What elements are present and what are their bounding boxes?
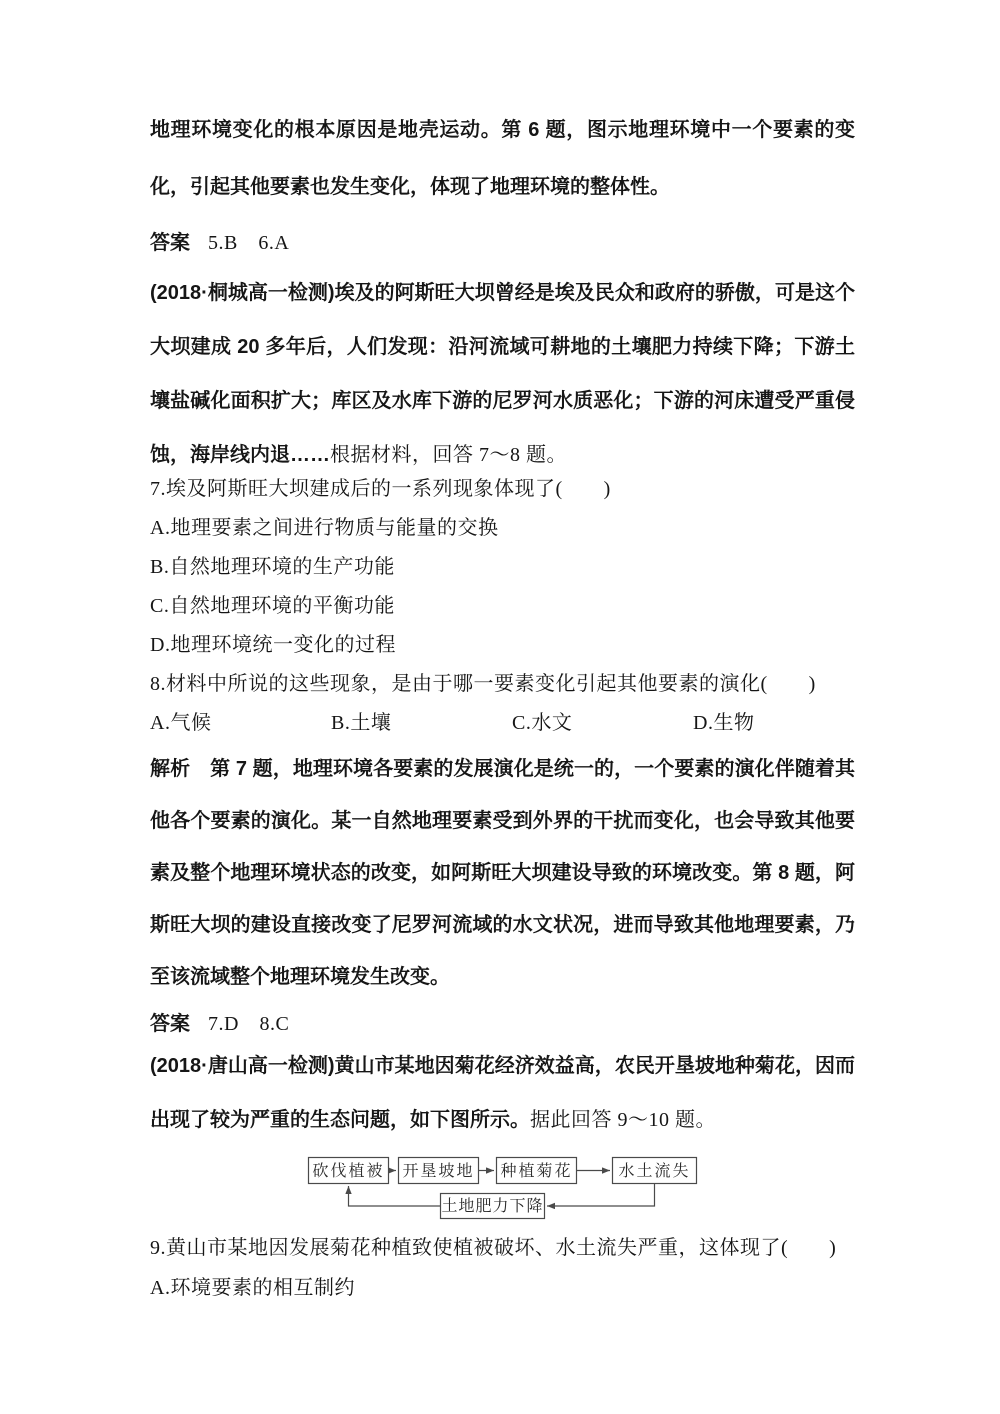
- flow-arrow-erosion-to-fertility: [547, 1184, 655, 1207]
- flow-box-reclaim-slope: 开垦坡地: [399, 1158, 479, 1184]
- question-8-options-row: A.气候 B.土壤 C.水文 D.生物: [150, 704, 855, 743]
- answer-label: 答案: [150, 232, 190, 254]
- svg-text:种植菊花: 种植菊花: [500, 1161, 572, 1180]
- material-main-text: (2018·唐山高一检测)黄山市某地因菊花经济效益高，农民开垦坡地种菊花，因而出…: [150, 1055, 855, 1131]
- svg-text:砍伐植被: 砍伐植被: [312, 1162, 384, 1180]
- flowchart-svg: 砍伐植被 开垦坡地 种植菊花 水土流失 土地肥力下降: [300, 1149, 720, 1223]
- flow-box-cut-vegetation: 砍伐植被: [309, 1158, 389, 1184]
- question-7-option-d: D.地理环境统一变化的过程: [150, 626, 855, 665]
- answer-value: 5.B 6.A: [208, 232, 289, 254]
- material-tail-text: 据此回答 9～10 题。: [530, 1109, 716, 1131]
- question-9-option-a: A.环境要素的相互制约: [150, 1268, 855, 1308]
- analysis-paragraph-7-8: 解析第 7 题，地理环境各要素的发展演化是统一的，一个要素的演化伴随着其他各个要…: [150, 743, 855, 1003]
- material-tail-text: 根据材料，回答 7～8 题。: [330, 444, 567, 466]
- analysis-continuation-paragraph: 地理环境变化的根本原因是地壳运动。第 6 题，图示地理环境中一个要素的变化，引起…: [150, 102, 855, 216]
- question-block-7-8: 7.埃及阿斯旺大坝建成后的一系列现象体现了( ) A.地理要素之间进行物质与能量…: [150, 470, 855, 743]
- svg-text:水土流失: 水土流失: [618, 1162, 690, 1180]
- flow-arrow-fertility-to-cut: [349, 1186, 441, 1206]
- analysis-body-text: 第 7 题，地理环境各要素的发展演化是统一的，一个要素的演化伴随着其他各个要素的…: [150, 758, 855, 988]
- flowchart-figure: 砍伐植被 开垦坡地 种植菊花 水土流失 土地肥力下降: [300, 1149, 855, 1228]
- question-8-option-a: A.气候: [150, 704, 331, 743]
- material-paragraph-huangshan: (2018·唐山高一检测)黄山市某地因菊花经济效益高，农民开垦坡地种菊花，因而出…: [150, 1039, 855, 1147]
- document-page: 地理环境变化的根本原因是地壳运动。第 6 题，图示地理环境中一个要素的变化，引起…: [0, 0, 1000, 1414]
- question-7-stem: 7.埃及阿斯旺大坝建成后的一系列现象体现了( ): [150, 470, 855, 509]
- question-9-stem: 9.黄山市某地因发展菊花种植致使植被破坏、水土流失严重，这体现了( ): [150, 1228, 855, 1268]
- svg-text:开垦坡地: 开垦坡地: [402, 1161, 474, 1180]
- question-7-option-b: B.自然地理环境的生产功能: [150, 548, 855, 587]
- flow-box-plant-chrysanthemum: 种植菊花: [497, 1158, 577, 1184]
- question-8-option-d: D.生物: [693, 704, 754, 743]
- question-block-9: 9.黄山市某地因发展菊花种植致使植被破坏、水土流失严重，这体现了( ) A.环境…: [150, 1228, 855, 1308]
- question-7-option-a: A.地理要素之间进行物质与能量的交换: [150, 509, 855, 548]
- question-8-option-c: C.水文: [512, 704, 693, 743]
- material-paragraph-aswan: (2018·桐城高一检测)埃及的阿斯旺大坝曾经是埃及民众和政府的骄傲，可是这个大…: [150, 266, 855, 482]
- svg-text:土地肥力下降: 土地肥力下降: [441, 1196, 543, 1215]
- question-7-option-c: C.自然地理环境的平衡功能: [150, 587, 855, 626]
- flow-box-soil-erosion: 水土流失: [613, 1158, 697, 1184]
- question-8-option-b: B.土壤: [331, 704, 512, 743]
- question-8-stem: 8.材料中所说的这些现象，是由于哪一要素变化引起其他要素的演化( ): [150, 665, 855, 704]
- answer-value: 7.D 8.C: [208, 1013, 289, 1035]
- answer-line-7-8: 答案7.D 8.C: [150, 1009, 855, 1039]
- answer-line-5-6: 答案5.B 6.A: [150, 228, 855, 258]
- material-main-text: (2018·桐城高一检测)埃及的阿斯旺大坝曾经是埃及民众和政府的骄傲，可是这个大…: [150, 282, 855, 466]
- answer-label: 答案: [150, 1013, 190, 1035]
- analysis-label: 解析: [150, 758, 190, 780]
- flow-box-fertility-decline: 土地肥力下降: [441, 1194, 545, 1219]
